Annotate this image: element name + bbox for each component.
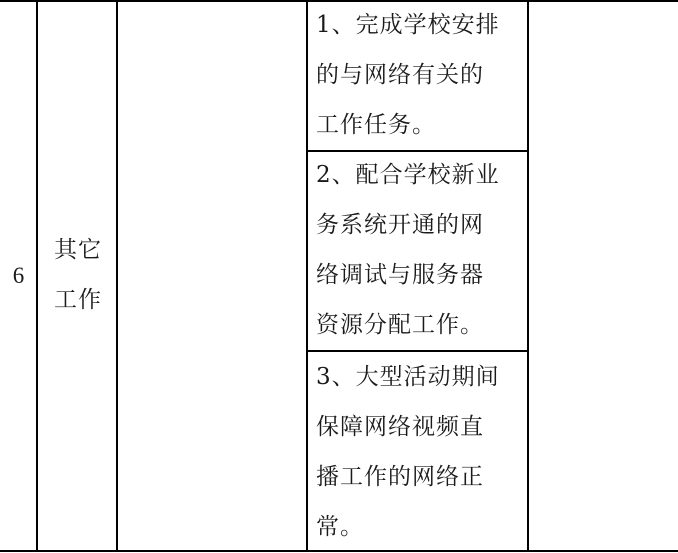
task-line: 2、配合学校新业 xyxy=(316,150,526,200)
task-line: 资源分配工作。 xyxy=(316,300,526,350)
task-cell-2: 2、配合学校新业 务系统开通的网 络调试与服务器 资源分配工作。 xyxy=(316,150,526,350)
task-line: 3、大型活动期间 xyxy=(316,352,526,402)
task-line: 常。 xyxy=(316,502,526,552)
remarks-cell xyxy=(529,2,678,550)
task-line: 播工作的网络正 xyxy=(316,452,526,502)
column-divider-3 xyxy=(306,0,308,552)
content-cell xyxy=(118,2,306,550)
task-line: 1、完成学校安排 xyxy=(316,0,526,50)
row-number-cell: 6 xyxy=(0,251,37,301)
category-cell: 其它 工作 xyxy=(39,225,117,325)
task-line: 保障网络视频直 xyxy=(316,402,526,452)
task-cell-3: 3、大型活动期间 保障网络视频直 播工作的网络正 常。 xyxy=(316,352,526,552)
task-line: 络调试与服务器 xyxy=(316,250,526,300)
task-line: 务系统开通的网 xyxy=(316,200,526,250)
task-line: 工作任务。 xyxy=(316,100,526,150)
category-line: 工作 xyxy=(39,275,117,325)
category-line: 其它 xyxy=(39,225,117,275)
task-line: 的与网络有关的 xyxy=(316,50,526,100)
task-cell-1: 1、完成学校安排 的与网络有关的 工作任务。 xyxy=(316,0,526,150)
work-table: 6 其它 工作 1、完成学校安排 的与网络有关的 工作任务。 2、配合学校新业 … xyxy=(0,0,678,553)
